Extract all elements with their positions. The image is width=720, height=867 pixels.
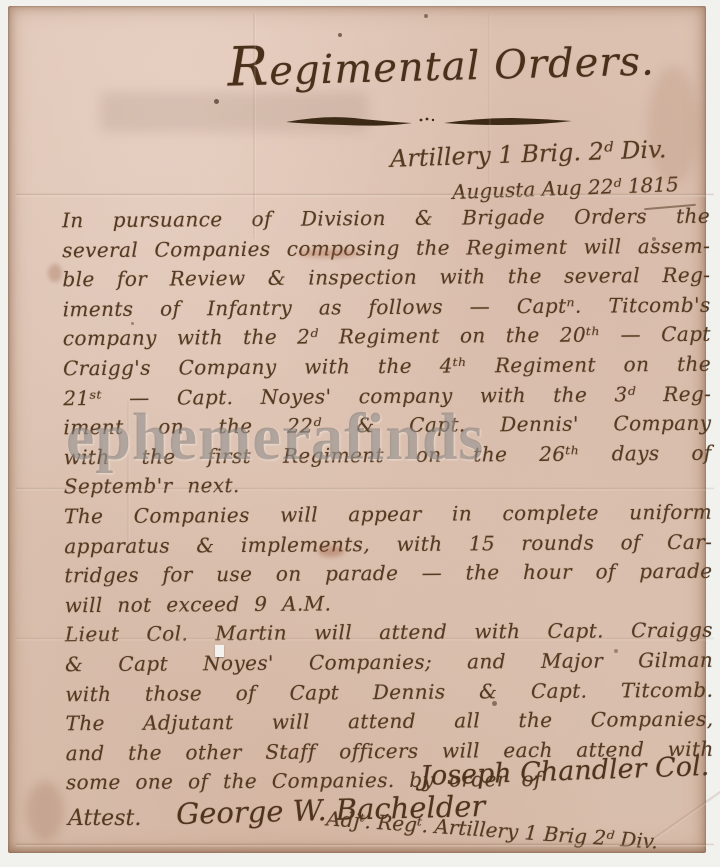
fold-crease	[16, 637, 714, 641]
page-title: Regimental Orders.	[225, 24, 657, 98]
ink-speck	[338, 33, 342, 37]
stain	[298, 249, 360, 258]
fold-crease	[16, 843, 714, 847]
handwritten-line: several Companies composing the Regiment…	[62, 233, 710, 267]
scanned-document-page: { "scan": { "watermark_text": "ephemeraf…	[0, 0, 720, 867]
attest-label: Attest.	[68, 806, 141, 831]
handwritten-line: iments of Infantry as follows — Captⁿ. T…	[63, 293, 711, 327]
stain	[26, 781, 64, 841]
handwritten-line: Lieut Col. Martin will attend with Capt.…	[65, 618, 713, 652]
ink-speck	[652, 237, 656, 241]
handwritten-line: company with the 2ᵈ Regiment on the 20ᵗʰ…	[63, 322, 711, 356]
fold-crease	[488, 14, 491, 184]
handwritten-line: ble for Review & inspection with the sev…	[62, 263, 710, 297]
fold-crease	[16, 193, 714, 197]
ink-speck	[614, 649, 618, 653]
fold-crease	[16, 487, 714, 491]
flourish-divider-icon	[284, 110, 574, 136]
dateline: Augusta Aug 22ᵈ 1815	[452, 172, 679, 204]
handwritten-line: with those of Capt Dennis & Capt. Titcom…	[65, 677, 713, 711]
stain	[48, 264, 62, 282]
handwritten-line: Craigg's Company with the 4ᵗʰ Regiment o…	[63, 352, 711, 386]
stain	[318, 546, 344, 557]
document-paper: Regimental Orders. Artillery 1 Brig. 2ᵈ …	[8, 6, 706, 853]
unit-line: Artillery 1 Brig. 2ᵈ Div.	[390, 135, 667, 173]
order-body: In pursuance of Division & Brigade Order…	[62, 204, 714, 800]
pinhole	[215, 645, 224, 657]
handwritten-line: will not exceed 9 A.M.	[65, 588, 713, 622]
handwritten-line: tridges for use on parade — the hour of …	[64, 559, 712, 593]
fold-crease	[253, 14, 256, 239]
stain	[648, 66, 698, 186]
ink-speck	[214, 99, 219, 104]
handwritten-line: apparatus & implements, with 15 rounds o…	[64, 529, 712, 563]
handwritten-line: The Companies will appear in complete un…	[64, 500, 712, 534]
ink-speck	[424, 14, 428, 18]
ink-speck	[131, 322, 134, 325]
watermark: ephemerafinds	[66, 399, 706, 476]
handwritten-line: The Adjutant will attend all the Compani…	[65, 707, 713, 741]
ink-speck	[492, 701, 497, 706]
handwritten-line: In pursuance of Division & Brigade Order…	[62, 204, 710, 238]
